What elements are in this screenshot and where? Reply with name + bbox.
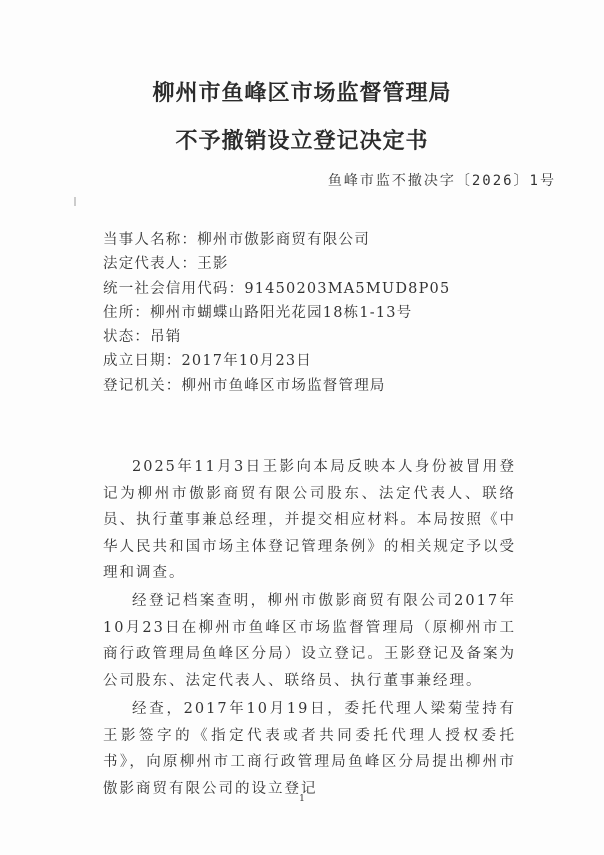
issuing-authority-title: 柳州市鱼峰区市场监督管理局: [0, 76, 604, 107]
info-value: 柳州市鱼峰区市场监督管理局: [182, 378, 386, 394]
info-label: 法定代表人：: [103, 256, 197, 272]
info-row-registration-authority: 登记机关：柳州市鱼峰区市场监督管理局: [103, 374, 450, 398]
document-title: 不予撤销设立登记决定书: [0, 124, 604, 155]
info-label: 登记机关：: [103, 378, 182, 394]
info-row-address: 住所：柳州市蝴蝶山路阳光花园18栋1-13号: [103, 301, 450, 325]
info-value: 柳州市傲影商贸有限公司: [197, 232, 370, 248]
info-row-status: 状态：吊销: [103, 325, 450, 349]
info-value: 王影: [197, 256, 228, 272]
document-number: 鱼峰市监不撤决字〔2026〕1号: [328, 170, 556, 190]
decision-body: 2025年11月3日王影向本局反映本人身份被冒用登记为柳州市傲影商贸有限公司股东…: [103, 454, 516, 804]
info-label: 当事人名称：: [103, 232, 197, 248]
info-row-established-date: 成立日期：2017年10月23日: [103, 349, 450, 373]
info-label: 住所：: [103, 305, 150, 321]
paragraph-investigation: 经查，2017年10月19日，委托代理人梁菊莹持有王影签字的《指定代表或者共同委…: [103, 696, 516, 802]
info-row-legal-rep: 法定代表人：王影: [103, 252, 450, 276]
paragraph-archive-findings: 经登记档案查明，柳州市傲影商贸有限公司2017年10月23日在柳州市鱼峰区市场监…: [103, 588, 516, 694]
info-value: 吊销: [150, 329, 181, 345]
info-row-credit-code: 统一社会信用代码：91450203MA5MUD8P05: [103, 277, 450, 301]
info-value: 91450203MA5MUD8P05: [244, 281, 450, 297]
party-info-block: 当事人名称：柳州市傲影商贸有限公司 法定代表人：王影 统一社会信用代码：9145…: [103, 228, 450, 398]
info-value: 柳州市蝴蝶山路阳光花园18栋1-13号: [150, 305, 412, 321]
page-number: 1: [0, 794, 604, 804]
document-page: 柳州市鱼峰区市场监督管理局 不予撤销设立登记决定书 鱼峰市监不撤决字〔2026〕…: [0, 0, 604, 855]
info-row-party-name: 当事人名称：柳州市傲影商贸有限公司: [103, 228, 450, 252]
info-label: 状态：: [103, 329, 150, 345]
info-value: 2017年10月23日: [182, 353, 313, 369]
info-label: 成立日期：: [103, 353, 182, 369]
scan-mark: [74, 197, 76, 206]
paragraph-complaint: 2025年11月3日王影向本局反映本人身份被冒用登记为柳州市傲影商贸有限公司股东…: [103, 454, 516, 587]
info-label: 统一社会信用代码：: [103, 281, 244, 297]
